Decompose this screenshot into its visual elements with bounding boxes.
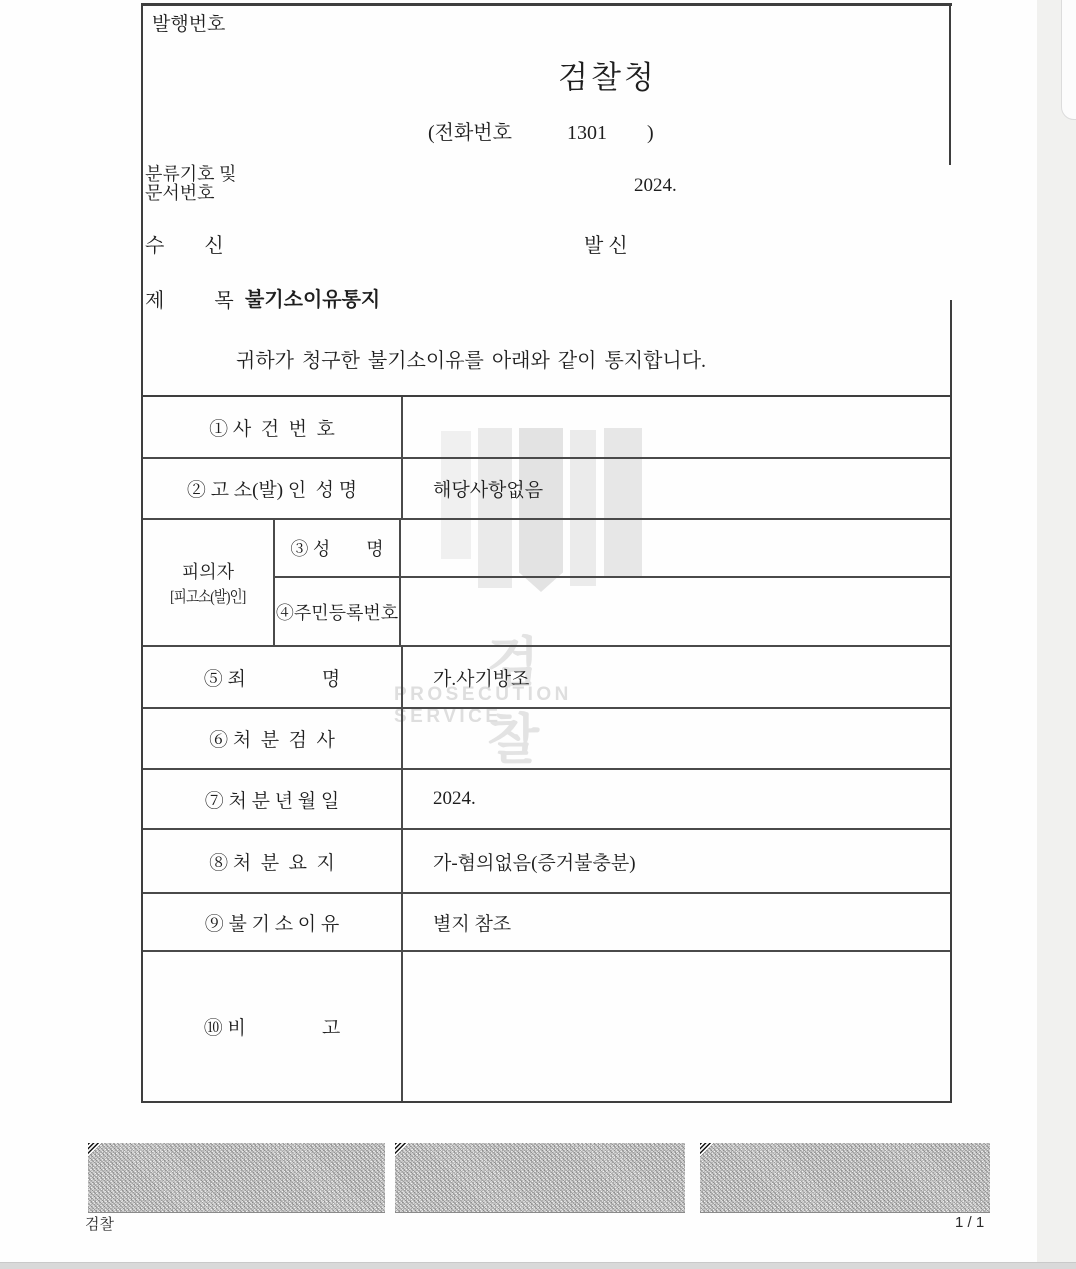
sender-label: 발 신: [584, 229, 628, 258]
row-value: 가.사기방조: [403, 647, 950, 707]
row-label: ③ 성 명: [275, 520, 401, 576]
table-row-nonindictment-reason: ⑨ 불 기 소 이 유 별지 참조: [143, 894, 950, 952]
row-value: [401, 578, 950, 645]
row-value: [403, 397, 950, 457]
footer-app-label: 검찰: [85, 1213, 114, 1234]
table-row-remarks: ⑩ 비 고: [143, 952, 950, 1101]
scrollbar-track[interactable]: [1037, 0, 1076, 1262]
classification-line2: 문서번호: [145, 184, 236, 203]
row-label: ④주민등록번호: [275, 578, 401, 645]
table-row-suspect-group: 피의자 [피고소(발)인] ③ 성 명 ④주민등록번호: [143, 520, 950, 647]
document-date: 2024.: [634, 175, 677, 197]
hatch-corner-icon: [88, 1143, 102, 1157]
issue-number-label: 발행번호: [152, 9, 225, 36]
notice-body-text: 귀하가 청구한 불기소이유를 아래와 같이 통지합니다.: [236, 344, 706, 373]
redacted-noise-block-3: [700, 1143, 990, 1213]
table-row-complainant-name: ② 고 소(발) 인 성 명 해당사항없음: [143, 459, 950, 520]
phone-line: (전화번호 1301 ): [428, 116, 654, 145]
row-label: ② 고 소(발) 인 성 명: [143, 459, 403, 518]
table-row-suspect-name: ③ 성 명: [275, 520, 950, 578]
row-label: ⑥ 처 분 검 사: [143, 709, 403, 768]
hatch-corner-icon: [395, 1143, 409, 1157]
page-border-right-upper: [949, 3, 951, 165]
table-row-disposition-date: ⑦ 처 분 년 월 일 2024.: [143, 770, 950, 830]
suspect-label-line1: 피의자: [182, 558, 234, 584]
document-viewer: 검찰 PROSECUTION SERVICE 발행번호 검찰청 (전화번호 13…: [0, 0, 1076, 1269]
classification-line1: 분류기호 및: [145, 165, 236, 184]
page-border-top: [141, 3, 952, 6]
suspect-group-label: 피의자 [피고소(발)인]: [143, 520, 275, 645]
row-label: ⑦ 처 분 년 월 일: [143, 770, 403, 828]
row-label: ⑤ 죄 명: [143, 647, 403, 707]
row-label: ⑩ 비 고: [143, 952, 403, 1101]
row-label: ① 사 건 번 호: [143, 397, 403, 457]
receiver-label: 수 신: [145, 229, 224, 258]
row-value: [401, 520, 950, 576]
case-info-table: ① 사 건 번 호 ② 고 소(발) 인 성 명 해당사항없음 피의자 [피고소…: [141, 395, 952, 1103]
bottom-edge-bar: [0, 1262, 1076, 1269]
row-label: ⑧ 처 분 요 지: [143, 830, 403, 892]
table-row-offense-name: ⑤ 죄 명 가.사기방조: [143, 647, 950, 709]
hatch-corner-icon: [700, 1143, 714, 1157]
table-row-disposition-summary: ⑧ 처 분 요 지 가-혐의없음(증거불충분): [143, 830, 950, 894]
office-title: 검찰청: [558, 52, 657, 97]
row-value: [403, 952, 950, 1101]
table-row-case-number: ① 사 건 번 호: [143, 397, 950, 459]
subject-value: 불기소이유통지: [245, 283, 380, 312]
redacted-noise-block-2: [395, 1143, 685, 1213]
row-value: 2024.: [403, 770, 950, 828]
table-row-disposing-prosecutor: ⑥ 처 분 검 사: [143, 709, 950, 770]
row-label: ⑨ 불 기 소 이 유: [143, 894, 403, 950]
table-row-suspect-rrn: ④주민등록번호: [275, 578, 950, 645]
subject-label: 제 목: [145, 284, 234, 313]
suspect-label-line2: [피고소(발)인]: [170, 584, 245, 607]
floating-panel-corner: [1061, 0, 1076, 120]
suspect-subrows: ③ 성 명 ④주민등록번호: [275, 520, 950, 645]
row-value: 별지 참조: [403, 894, 950, 950]
redacted-noise-block-1: [88, 1143, 385, 1213]
classification-label: 분류기호 및 문서번호: [145, 165, 236, 203]
page-indicator: 1 / 1: [955, 1214, 984, 1231]
row-value: [403, 709, 950, 768]
row-value: 가-혐의없음(증거불충분): [403, 830, 950, 892]
row-value: 해당사항없음: [403, 459, 950, 518]
